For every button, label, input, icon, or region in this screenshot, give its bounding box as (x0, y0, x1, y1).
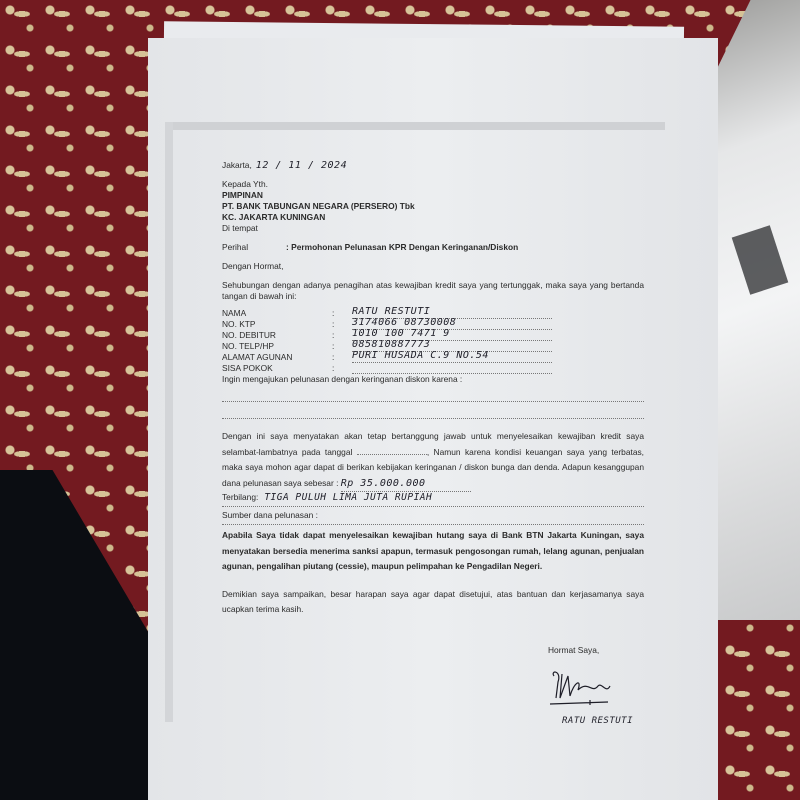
amount-value: Rp 35.000.000 (341, 476, 471, 493)
terbilang-line: Terbilang: TIGA PULUH LIMA JUTA RUPIAH (222, 492, 644, 507)
field-label: NO. DEBITUR (222, 330, 332, 341)
applicant-fields: NAMA:RATU RESTUTINO. KTP:3174066 0873000… (222, 308, 644, 374)
field-colon: : (332, 363, 352, 374)
place: Jakarta, (222, 160, 252, 171)
liability-statement: Apabila Saya tidak dapat menyelesaikan k… (222, 528, 644, 575)
deadline-date-field (357, 454, 427, 455)
field-label: NAMA (222, 308, 332, 319)
signer-name: RATU RESTUTI (562, 716, 633, 726)
field-label: NO. TELP/HP (222, 341, 332, 352)
date-value: 12 / 11 / 2024 (256, 160, 347, 171)
field-label: SISA POKOK (222, 363, 332, 374)
terbilang-value: TIGA PULUH LIMA JUTA RUPIAH (264, 492, 432, 506)
greeting: Dengan Hormat, (222, 261, 644, 272)
field-colon: : (332, 341, 352, 352)
sign-off: Hormat Saya, (548, 645, 599, 655)
recipient-salutation: Kepada Yth. (222, 179, 644, 190)
date-line: Jakarta, 12 / 11 / 2024 (222, 160, 644, 171)
page-border-left (165, 122, 173, 722)
field-colon: : (332, 352, 352, 363)
field-label: ALAMAT AGUNAN (222, 352, 332, 363)
reason-line-1 (222, 387, 644, 402)
recipient-line2: PT. BANK TABUNGAN NEGARA (PERSERO) Tbk (222, 201, 644, 212)
subject-label: Perihal (222, 242, 286, 253)
field-colon: : (332, 308, 352, 319)
field-colon: : (332, 319, 352, 330)
field-row: SISA POKOK: (222, 363, 644, 374)
closing-paragraph: Demikian saya sampaikan, besar harapan s… (222, 587, 644, 618)
terbilang-label: Terbilang: (222, 492, 258, 506)
commitment-paragraph: Dengan ini saya menyatakan akan tetap be… (222, 429, 644, 492)
field-value (352, 362, 552, 374)
source-line: Sumber dana pelunasan : (222, 510, 644, 525)
field-label: NO. KTP (222, 319, 332, 330)
recipient-line3: KC. JAKARTA KUNINGAN (222, 212, 644, 223)
recipient-line4: Di tempat (222, 223, 644, 234)
subject-text: : Permohonan Pelunasan KPR Dengan Kering… (286, 242, 518, 253)
letter-body: Jakarta, 12 / 11 / 2024 Kepada Yth. PIMP… (222, 160, 644, 618)
field-colon: : (332, 330, 352, 341)
reason-label: Ingin mengajukan pelunasan dengan kering… (222, 374, 644, 385)
page-border-top (165, 122, 665, 130)
reason-line-2 (222, 404, 644, 419)
intro-paragraph: Sehubungan dengan adanya penagihan atas … (222, 280, 644, 302)
subject-line: Perihal : Permohonan Pelunasan KPR Denga… (222, 242, 644, 253)
source-label: Sumber dana pelunasan : (222, 510, 318, 524)
recipient-line1: PIMPINAN (222, 190, 644, 201)
signature-icon (548, 668, 628, 708)
